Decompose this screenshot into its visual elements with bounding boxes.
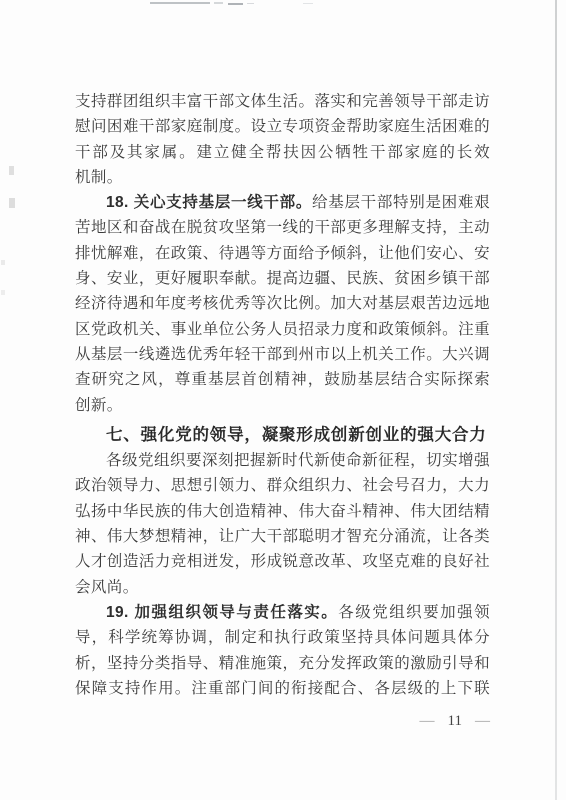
text-line: 会风尚。 bbox=[75, 575, 490, 600]
item-19-title-line: 19. 加强组织领导与责任落实。各级党组织要加强领 bbox=[75, 600, 490, 625]
text-line: 苦地区和奋战在脱贫攻坚第一线的干部更多理解支持，主动 bbox=[75, 215, 490, 240]
section-heading: 七、强化党的领导，凝聚形成创新创业的强大合力 bbox=[75, 423, 490, 448]
scan-smudge-artifact bbox=[1, 260, 5, 265]
text-line: 保障支持作用。注重部门间的衔接配合、各层级的上下联 bbox=[75, 676, 490, 701]
text-line: 政治领导力、思想引领力、群众组织力、社会号召力，大力 bbox=[75, 473, 490, 498]
text-line: 从基层一线遴选优秀年轻干部到州市以上机关工作。大兴调 bbox=[75, 342, 490, 367]
text-line: 创新。 bbox=[75, 393, 490, 418]
scan-streak-artifact bbox=[228, 3, 243, 5]
text-line: 导，科学统筹协调，制定和执行政策坚持具体问题具体分 bbox=[75, 625, 490, 650]
item-18-title-line: 18. 关心支持基层一线干部。给基层干部特别是困难艰 bbox=[75, 190, 490, 215]
item-18-text-start: 给基层干部特别是困难艰 bbox=[312, 194, 490, 211]
scan-smudge-artifact bbox=[1, 290, 5, 295]
text-line: 神、伟大梦想精神，让广大干部聪明才智充分涌流，让各类 bbox=[75, 524, 490, 549]
scan-streak-artifact bbox=[214, 2, 223, 4]
text-line: 身、安业，更好履职奉献。提高边疆、民族、贫困乡镇干部 bbox=[75, 266, 490, 291]
text-line: 区党政机关、事业单位公务人员招录力度和政策倾斜。注重 bbox=[75, 317, 490, 342]
scan-smudge-artifact bbox=[9, 198, 15, 208]
text-line: 机制。 bbox=[75, 165, 490, 190]
scan-streak-artifact bbox=[150, 2, 210, 4]
scan-streak-artifact bbox=[247, 3, 254, 4]
text-line: 查研究之风，尊重基层首创精神，鼓励基层结合实际探索 bbox=[75, 367, 490, 392]
text-line: 排忧解难，在政策、待遇等方面给予倾斜，让他们安心、安 bbox=[75, 241, 490, 266]
page-number-right-dash: — bbox=[475, 713, 490, 729]
scan-streak-artifact bbox=[303, 3, 313, 4]
text-line: 支持群团组织丰富干部文体生活。落实和完善领导干部走访 bbox=[75, 89, 490, 114]
scan-edge-line-artifact bbox=[555, 0, 557, 800]
text-line: 人才创造活力竞相迸发，形成锐意改革、攻坚克难的良好社 bbox=[75, 549, 490, 574]
page-footer: —11— bbox=[75, 709, 490, 734]
scan-smudge-artifact bbox=[9, 166, 14, 175]
text-line: 慰问困难干部家庭制度。设立专项资金帮助家庭生活困难的 bbox=[75, 114, 490, 139]
document-page: 支持群团组织丰富干部文体生活。落实和完善领导干部走访 慰问困难干部家庭制度。设立… bbox=[0, 0, 566, 800]
text-line: 经济待遇和年度考核优秀等次比例。加大对基层艰苦边远地 bbox=[75, 291, 490, 316]
text-line: 析，坚持分类指导、精准施策，充分发挥政策的激励引导和 bbox=[75, 651, 490, 676]
item-18-title: 18. 关心支持基层一线干部。 bbox=[106, 194, 312, 211]
page-number: 11 bbox=[448, 713, 462, 729]
item-19-text-start: 各级党组织要加强领 bbox=[338, 604, 490, 621]
text-line: 干部及其家属。建立健全帮扶因公牺牲干部家庭的长效 bbox=[75, 140, 490, 165]
item-19-title: 19. 加强组织领导与责任落实。 bbox=[106, 604, 338, 621]
text-line: 弘扬中华民族的伟大创造精神、伟大奋斗精神、伟大团结精 bbox=[75, 499, 490, 524]
text-line: 各级党组织要深刻把握新时代新使命新征程，切实增强 bbox=[75, 448, 490, 473]
page-number-left-dash: — bbox=[420, 713, 435, 729]
document-body: 支持群团组织丰富干部文体生活。落实和完善领导干部走访 慰问困难干部家庭制度。设立… bbox=[75, 89, 490, 701]
